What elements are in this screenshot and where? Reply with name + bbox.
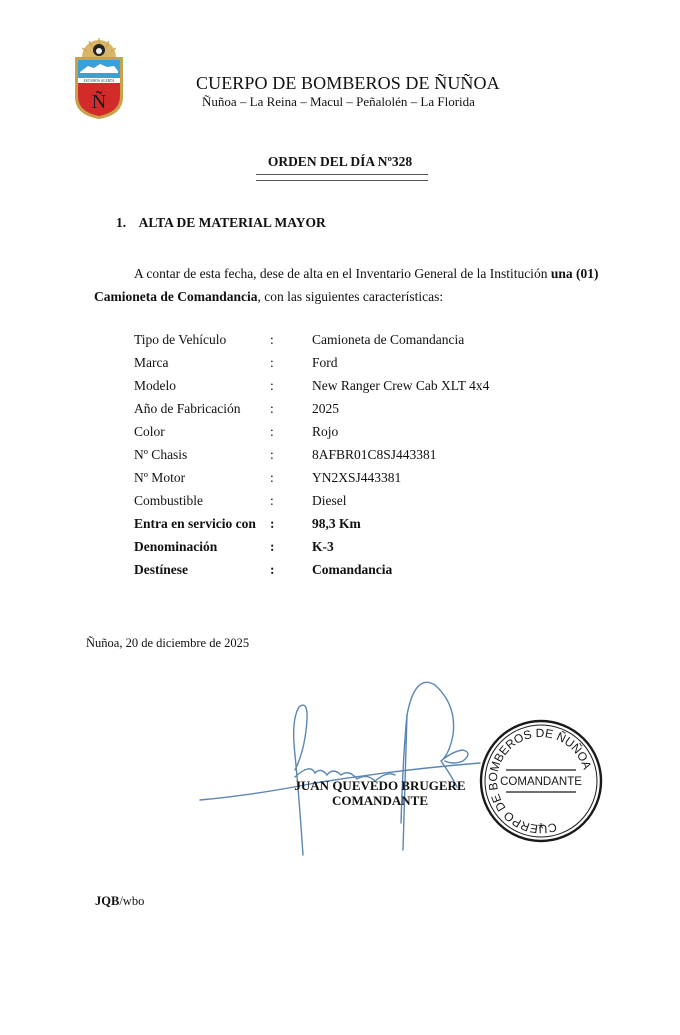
signer-role: COMANDANTE <box>270 793 490 808</box>
spec-value: 98,3 Km <box>312 512 489 535</box>
spec-row: Tipo de Vehículo:Camioneta de Comandanci… <box>134 328 489 351</box>
spec-value: 2025 <box>312 397 489 420</box>
spec-separator: : <box>270 397 312 420</box>
official-stamp: CUERPO DE BOMBEROS DE ÑUÑOA COMANDANTE * <box>478 718 604 844</box>
spec-separator: : <box>270 489 312 512</box>
spec-separator: : <box>270 351 312 374</box>
spec-row: Denominación:K-3 <box>134 535 489 558</box>
spec-separator: : <box>270 558 312 581</box>
spec-value: Comandancia <box>312 558 489 581</box>
intro-text-2: , con las siguientes características: <box>258 289 444 304</box>
spec-separator: : <box>270 328 312 351</box>
spec-value: Rojo <box>312 420 489 443</box>
spec-label: Año de Fabricación <box>134 397 270 420</box>
spec-row: Color:Rojo <box>134 420 489 443</box>
spec-value: Diesel <box>312 489 489 512</box>
intro-text-1: A contar de esta fecha, dese de alta en … <box>134 266 551 281</box>
initials-typist: /wbo <box>119 894 144 908</box>
organization-communes: Ñuñoa – La Reina – Macul – Peñalolén – L… <box>202 94 475 110</box>
vehicle-specs-table: Tipo de Vehículo:Camioneta de Comandanci… <box>134 328 489 581</box>
spec-separator: : <box>270 420 312 443</box>
place-and-date: Ñuñoa, 20 de diciembre de 2025 <box>86 636 249 651</box>
institution-crest-logo: ESTAMOS ALERTA Ñ <box>74 35 124 120</box>
spec-row: Entra en servicio con:98,3 Km <box>134 512 489 535</box>
spec-row: Nº Motor:YN2XSJ443381 <box>134 466 489 489</box>
section-number: 1. <box>116 215 136 231</box>
spec-separator: : <box>270 535 312 558</box>
spec-label: Modelo <box>134 374 270 397</box>
spec-label: Color <box>134 420 270 443</box>
crest-motto: ESTAMOS ALERTA <box>84 79 115 83</box>
spec-row: Destínese:Comandancia <box>134 558 489 581</box>
handwritten-signature <box>195 675 485 860</box>
crest-letter: Ñ <box>92 89 106 113</box>
signer-name: JUAN QUEVEDO BRUGERE <box>270 778 490 793</box>
stamp-star-icon: * <box>538 821 544 838</box>
spec-separator: : <box>270 374 312 397</box>
spec-label: Marca <box>134 351 270 374</box>
spec-label: Nº Motor <box>134 466 270 489</box>
spec-row: Nº Chasis:8AFBR01C8SJ443381 <box>134 443 489 466</box>
spec-value: Ford <box>312 351 489 374</box>
section-heading: 1. ALTA DE MATERIAL MAYOR <box>116 215 326 231</box>
signer-block: JUAN QUEVEDO BRUGERE COMANDANTE <box>270 778 490 808</box>
stamp-center-text: COMANDANTE <box>500 776 582 788</box>
spec-label: Nº Chasis <box>134 443 270 466</box>
spec-value: 8AFBR01C8SJ443381 <box>312 443 489 466</box>
sun-rays-icon <box>82 38 116 57</box>
spec-row: Año de Fabricación:2025 <box>134 397 489 420</box>
order-title: ORDEN DEL DÍA Nº328 <box>0 154 680 170</box>
spec-value: Camioneta de Comandancia <box>312 328 489 351</box>
intro-paragraph: A contar de esta fecha, dese de alta en … <box>94 262 602 308</box>
spec-value: New Ranger Crew Cab XLT 4x4 <box>312 374 489 397</box>
spec-separator: : <box>270 512 312 535</box>
spec-separator: : <box>270 466 312 489</box>
spec-value: K-3 <box>312 535 489 558</box>
spec-label: Entra en servicio con <box>134 512 270 535</box>
spec-label: Combustible <box>134 489 270 512</box>
spec-label: Tipo de Vehículo <box>134 328 270 351</box>
section-title: ALTA DE MATERIAL MAYOR <box>139 215 326 230</box>
spec-separator: : <box>270 443 312 466</box>
reference-initials: JQB/wbo <box>95 894 144 909</box>
spec-label: Denominación <box>134 535 270 558</box>
spec-row: Marca:Ford <box>134 351 489 374</box>
organization-name: CUERPO DE BOMBEROS DE ÑUÑOA <box>196 73 500 94</box>
spec-row: Combustible:Diesel <box>134 489 489 512</box>
spec-value: YN2XSJ443381 <box>312 466 489 489</box>
initials-signer: JQB <box>95 894 119 908</box>
title-double-underline <box>256 174 428 181</box>
spec-row: Modelo:New Ranger Crew Cab XLT 4x4 <box>134 374 489 397</box>
spec-label: Destínese <box>134 558 270 581</box>
